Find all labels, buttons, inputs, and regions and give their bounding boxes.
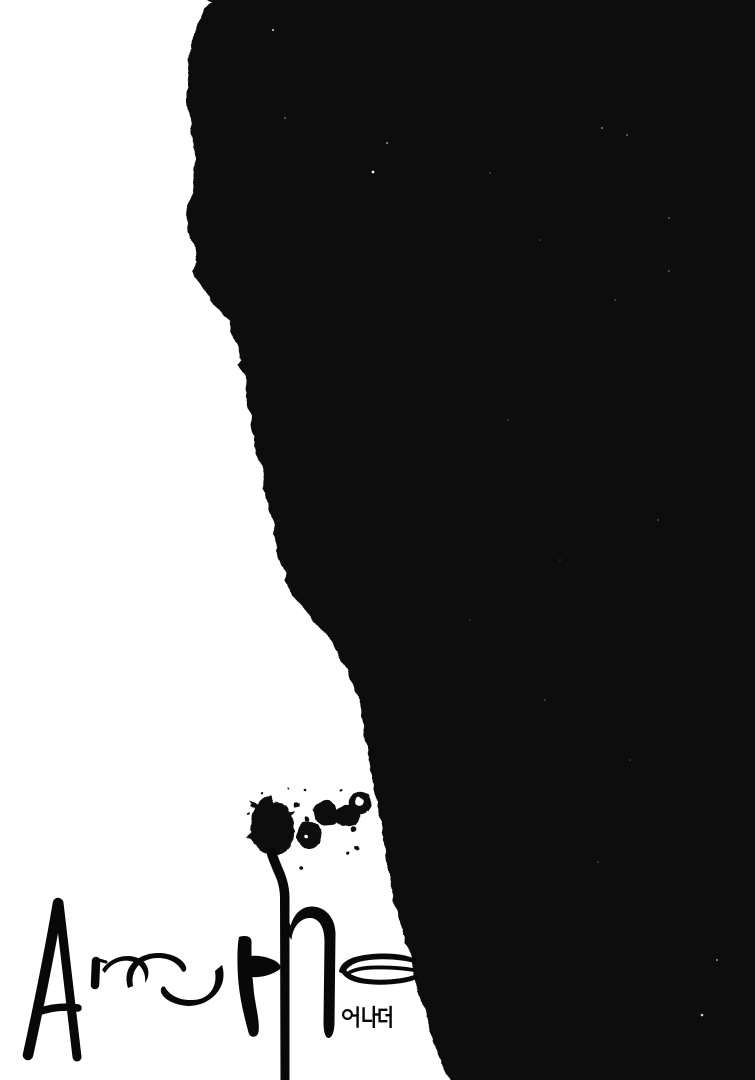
page-artwork <box>0 0 755 1080</box>
splatter-blob-mid <box>297 821 322 849</box>
manga-title-page: Another 어나더 <box>0 0 755 1080</box>
splatter-blob-mid-highlight <box>304 835 307 838</box>
splatter-ring-hole <box>355 798 364 807</box>
